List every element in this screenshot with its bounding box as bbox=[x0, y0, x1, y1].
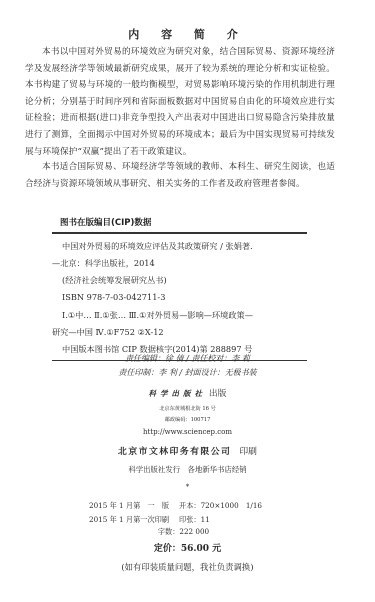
publisher-postcode: 邮政编码：100717 bbox=[0, 416, 375, 425]
price: 定价：56.00 元 bbox=[0, 541, 375, 554]
publisher-address: 北京东黄城根北街 16 号 bbox=[0, 405, 375, 414]
publisher-suffix: 出版 bbox=[209, 389, 227, 399]
publisher-line: 科学出版社 出版 bbox=[0, 386, 375, 399]
cip-line-publisher: —北京：科学出版社，2014 bbox=[52, 255, 307, 272]
printer-line: 北京市文林印务有限公司印刷 bbox=[0, 444, 375, 457]
printer-suffix: 印刷 bbox=[239, 447, 257, 457]
summary-title: 内 容 简 介 bbox=[0, 26, 375, 42]
edition-line: 2015 年 1 月第 一 版开本：720×1000 1/16 bbox=[89, 499, 262, 513]
cip-data-block: 图书在版编目(CIP)数据 中国对外贸易的环境效应评估及其政策研究 / 张娟著．… bbox=[52, 216, 307, 361]
format: 开本：720×1000 1/16 bbox=[179, 501, 262, 510]
distribution-line: 科学出版社发行 各地新华书店经销 bbox=[0, 464, 375, 475]
cip-line-classification: 研究—中国 Ⅳ.①F752 ②X-12 bbox=[52, 324, 307, 341]
cip-heading: 图书在版编目(CIP)数据 bbox=[52, 216, 307, 231]
credits-line-1: 责任编辑：徐 倩 / 责任校对：李 莉 bbox=[0, 352, 375, 365]
credits-line-2: 责任印制：李 利 / 封面设计：无极书装 bbox=[0, 366, 375, 379]
cip-line-series: (经济社会统筹发展研究丛书) bbox=[52, 272, 307, 289]
cip-top-rule bbox=[52, 232, 307, 234]
summary-paragraph-1: 本书以中国对外贸易的环境效应为研究对象，结合国际贸易、资源环境经济学及发展经济学… bbox=[25, 44, 335, 160]
cip-line-isbn: ISBN 978-7-03-042711-3 bbox=[52, 289, 307, 306]
printing-line: 2015 年 1 月第一次印刷印张：11 bbox=[89, 513, 210, 527]
printing: 2015 年 1 月第一次印刷 bbox=[89, 515, 169, 524]
word-count: 字数：222 000 bbox=[0, 527, 371, 537]
cip-line-subjects: Ⅰ.①中… Ⅱ.①张… Ⅲ.①对外贸易—影响—环境政策— bbox=[52, 307, 307, 324]
sheets: 印张：11 bbox=[179, 515, 210, 524]
printer-name: 北京市文林印务有限公司 bbox=[118, 447, 231, 457]
edition: 2015 年 1 月第 一 版 bbox=[89, 501, 169, 510]
copyright-page: 内 容 简 介 本书以中国对外贸易的环境效应为研究对象，结合国际贸易、资源环境经… bbox=[0, 0, 375, 602]
separator-star: * bbox=[0, 483, 375, 491]
publisher-name: 科学出版社 bbox=[149, 389, 207, 398]
summary-paragraph-2: 本书适合国际贸易、环境经济学等领域的教师、本科生、研究生阅读，也适合经济与资源环… bbox=[25, 159, 335, 192]
cip-line-title: 中国对外贸易的环境效应评估及其政策研究 / 张娟著． bbox=[52, 238, 307, 255]
publisher-url: http://www.sciencep.com bbox=[0, 428, 375, 436]
replacement-note: (如有印装质量问题，我社负责调换) bbox=[0, 561, 375, 573]
